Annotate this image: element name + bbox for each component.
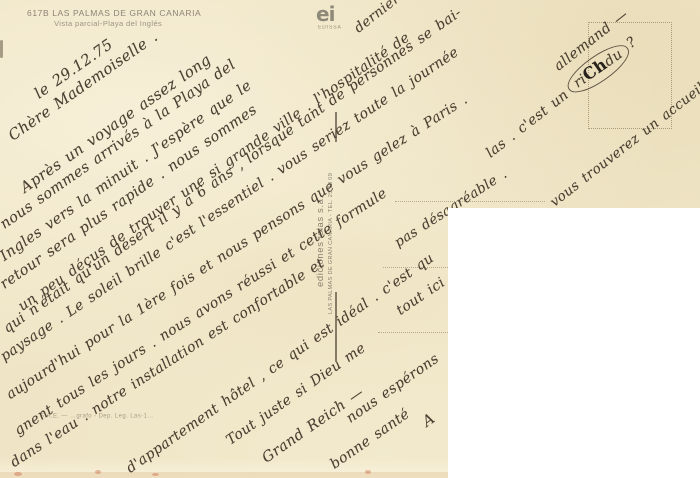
ink-fleck: [95, 470, 101, 474]
edge-smudge: [0, 40, 3, 58]
edissa-logo-icon: ei: [316, 4, 334, 24]
ink-fleck: [152, 473, 159, 476]
ink-fleck: [365, 470, 371, 474]
handwriting-fragment: las . c'est un: [483, 87, 572, 161]
postcard-back: 617B LAS PALMAS DE GRAN CANARIA Vista pa…: [0, 0, 700, 478]
postcard-subtitle: Vista parcial-Playa del Inglés: [54, 19, 162, 28]
postcard-title: 617B LAS PALMAS DE GRAN CANARIA: [27, 8, 201, 18]
white-cover-rectangle: [448, 208, 700, 478]
address-dotted-line: [378, 332, 448, 333]
handwriting-line: A: [419, 409, 439, 430]
ink-fleck: [14, 472, 22, 476]
edissa-logo-caption: EDISSA: [318, 25, 342, 30]
handwriting-line: dernier: [351, 0, 403, 36]
